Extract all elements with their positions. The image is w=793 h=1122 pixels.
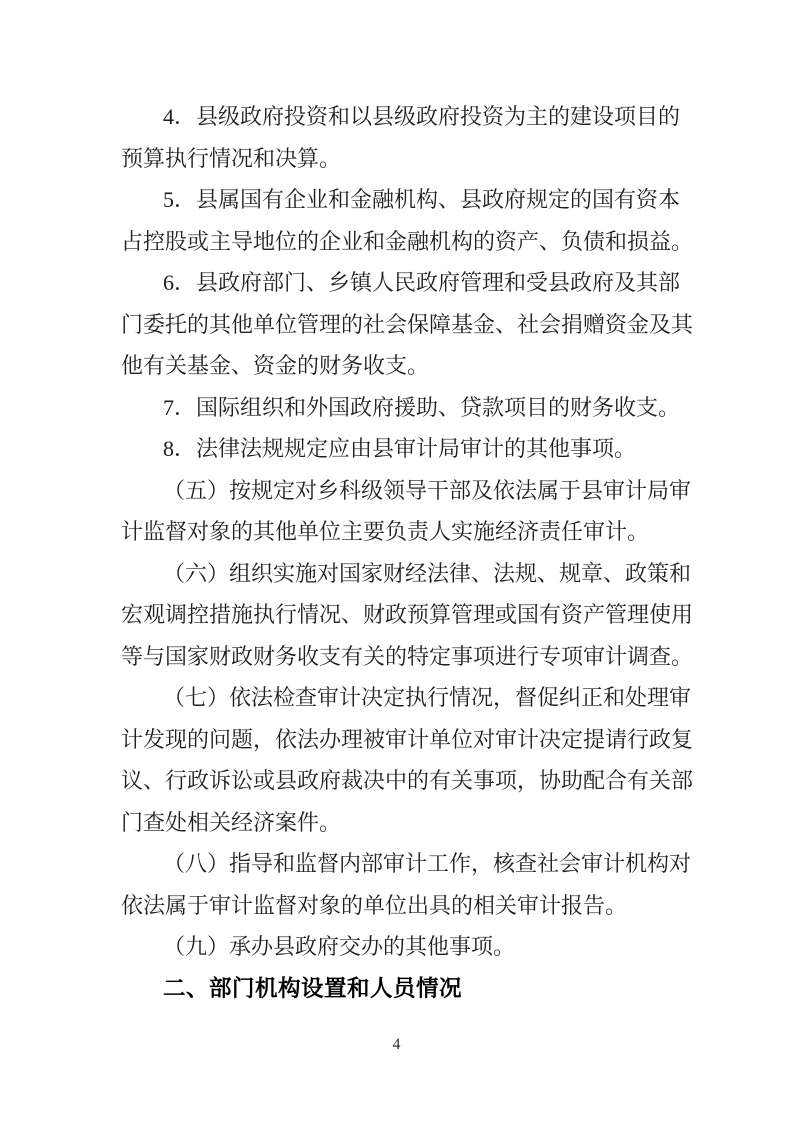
text-line: 依法属于审计监督对象的单位出具的相关审计报告。 (121, 885, 693, 927)
text-line: 占控股或主导地位的企业和金融机构的资产、负债和损益。 (121, 221, 693, 263)
text-line: 计监督对象的其他单位主要负责人实施经济责任审计。 (121, 511, 693, 553)
text-line: （五）按规定对乡科级领导干部及依法属于县审计局审 (121, 470, 693, 512)
page-number: 4 (0, 1035, 793, 1055)
document-page: 4．县级政府投资和以县级政府投资为主的建设项目的预算执行情况和决算。5．县属国有… (0, 0, 793, 1122)
body-paragraph: 4．县级政府投资和以县级政府投资为主的建设项目的预算执行情况和决算。 (121, 96, 693, 179)
text-line: 5．县属国有企业和金融机构、县政府规定的国有资本 (121, 179, 693, 221)
text-line: 门查处相关经济案件。 (121, 802, 693, 844)
body-paragraph: 8．法律法规规定应由县审计局审计的其他事项。 (121, 428, 693, 470)
section-heading: 二、部门机构设置和人员情况 (121, 968, 693, 1010)
body-paragraph: （六）组织实施对国家财经法律、法规、规章、政策和宏观调控措施执行情况、财政预算管… (121, 553, 693, 678)
text-line: （七）依法检查审计决定执行情况，督促纠正和处理审 (121, 677, 693, 719)
body-paragraph: 7．国际组织和外国政府援助、贷款项目的财务收支。 (121, 387, 693, 429)
text-line: 宏观调控措施执行情况、财政预算管理或国有资产管理使用 (121, 594, 693, 636)
text-line: 7．国际组织和外国政府援助、贷款项目的财务收支。 (121, 387, 693, 429)
text-line: 门委托的其他单位管理的社会保障基金、社会捐赠资金及其 (121, 304, 693, 346)
text-line: 8．法律法规规定应由县审计局审计的其他事项。 (121, 428, 693, 470)
text-line: 等与国家财政财务收支有关的特定事项进行专项审计调查。 (121, 636, 693, 678)
text-line: 预算执行情况和决算。 (121, 138, 693, 180)
document-body: 4．县级政府投资和以县级政府投资为主的建设项目的预算执行情况和决算。5．县属国有… (121, 96, 693, 1009)
text-line: 议、行政诉讼或县政府裁决中的有关事项，协助配合有关部 (121, 760, 693, 802)
body-paragraph: （五）按规定对乡科级领导干部及依法属于县审计局审计监督对象的其他单位主要负责人实… (121, 470, 693, 553)
text-line: （九）承办县政府交办的其他事项。 (121, 926, 693, 968)
text-line: 二、部门机构设置和人员情况 (121, 968, 693, 1010)
body-paragraph: 5．县属国有企业和金融机构、县政府规定的国有资本占控股或主导地位的企业和金融机构… (121, 179, 693, 262)
text-line: 计发现的问题，依法办理被审计单位对审计决定提请行政复 (121, 719, 693, 761)
body-paragraph: （八）指导和监督内部审计工作，核查社会审计机构对依法属于审计监督对象的单位出具的… (121, 843, 693, 926)
text-line: （八）指导和监督内部审计工作，核查社会审计机构对 (121, 843, 693, 885)
body-paragraph: （七）依法检查审计决定执行情况，督促纠正和处理审计发现的问题，依法办理被审计单位… (121, 677, 693, 843)
text-line: 他有关基金、资金的财务收支。 (121, 345, 693, 387)
body-paragraph: （九）承办县政府交办的其他事项。 (121, 926, 693, 968)
text-line: （六）组织实施对国家财经法律、法规、规章、政策和 (121, 553, 693, 595)
body-paragraph: 6．县政府部门、乡镇人民政府管理和受县政府及其部门委托的其他单位管理的社会保障基… (121, 262, 693, 387)
text-line: 4．县级政府投资和以县级政府投资为主的建设项目的 (121, 96, 693, 138)
text-line: 6．县政府部门、乡镇人民政府管理和受县政府及其部 (121, 262, 693, 304)
